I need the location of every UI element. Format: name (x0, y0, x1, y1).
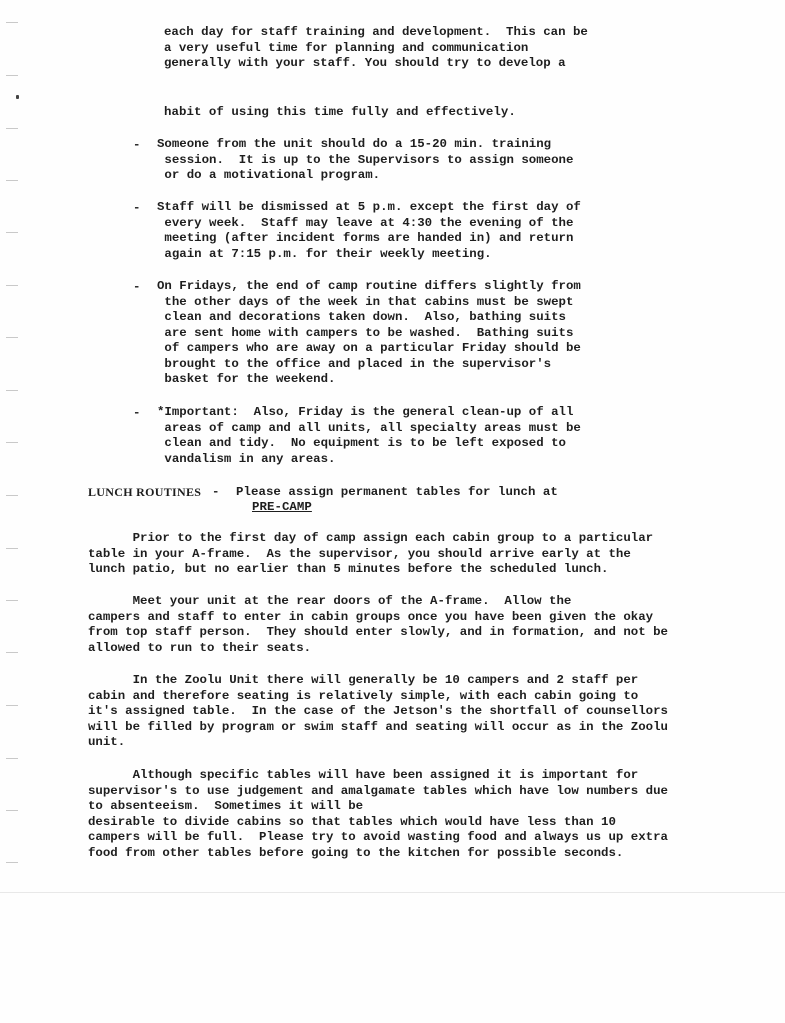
margin-mark (6, 442, 18, 443)
text-line: brought to the office and placed in the … (157, 357, 581, 373)
text-line: will be filled by program or swim staff … (88, 720, 668, 736)
section-subtitle-underlined: PRE-CAMP (252, 500, 312, 516)
text-line: generally with your staff. You should tr… (164, 56, 588, 72)
text-line: On Fridays, the end of camp routine diff… (157, 279, 581, 295)
margin-mark (6, 862, 18, 863)
text-line: allowed to run to their seats. (88, 641, 668, 657)
text-line: habit of using this time fully and effec… (164, 105, 516, 121)
text-line: again at 7:15 p.m. for their weekly meet… (157, 247, 581, 263)
body-paragraph: Prior to the first day of camp assign ea… (88, 531, 653, 578)
margin-mark (6, 758, 18, 759)
text-line: Prior to the first day of camp assign ea… (88, 531, 653, 547)
text-line: campers and staff to enter in cabin grou… (88, 610, 668, 626)
text-line: campers will be full. Please try to avoi… (88, 830, 668, 846)
bullet-dash: - (133, 406, 140, 420)
text-line: basket for the weekend. (157, 372, 581, 388)
margin-mark (6, 128, 18, 129)
scanned-page: each day for staff training and developm… (0, 0, 785, 1023)
bullet-item: On Fridays, the end of camp routine diff… (157, 279, 581, 388)
text-line: the other days of the week in that cabin… (157, 295, 581, 311)
text-line: each day for staff training and developm… (164, 25, 588, 41)
bullet-dash: - (133, 280, 140, 294)
text-line: desirable to divide cabins so that table… (88, 815, 668, 831)
hole-punch-margin-marks (6, 0, 20, 900)
margin-mark (6, 600, 18, 601)
bullet-dash: - (133, 201, 140, 215)
body-paragraph: Although specific tables will have been … (88, 768, 668, 861)
section-subtitle: Please assign permanent tables for lunch… (236, 485, 558, 501)
scan-speck (16, 95, 19, 99)
text-line: In the Zoolu Unit there will generally b… (88, 673, 668, 689)
text-line: unit. (88, 735, 668, 751)
margin-mark (6, 337, 18, 338)
text-line: session. It is up to the Supervisors to … (157, 153, 573, 169)
margin-mark (6, 705, 18, 706)
margin-mark (6, 180, 18, 181)
margin-mark (6, 652, 18, 653)
section-heading: LUNCH ROUTINES (88, 485, 201, 501)
margin-mark (6, 232, 18, 233)
text-line: Someone from the unit should do a 15-20 … (157, 137, 573, 153)
margin-mark (6, 390, 18, 391)
text-line: vandalism in any areas. (157, 452, 581, 468)
text-line: Meet your unit at the rear doors of the … (88, 594, 668, 610)
text-line: every week. Staff may leave at 4:30 the … (157, 216, 581, 232)
text-line: clean and tidy. No equipment is to be le… (157, 436, 581, 452)
margin-mark (6, 810, 18, 811)
text-line: table in your A-frame. As the supervisor… (88, 547, 653, 563)
bullet-dash: - (133, 138, 140, 152)
body-paragraph: In the Zoolu Unit there will generally b… (88, 673, 668, 751)
text-line: lunch patio, but no earlier than 5 minut… (88, 562, 653, 578)
body-paragraph: Meet your unit at the rear doors of the … (88, 594, 668, 656)
continuation-paragraph: each day for staff training and developm… (164, 25, 588, 72)
text-line: supervisor's to use judgement and amalga… (88, 784, 668, 800)
margin-mark (6, 495, 18, 496)
text-line: it's assigned table. In the case of the … (88, 704, 668, 720)
text-line: a very useful time for planning and comm… (164, 41, 588, 57)
scan-edge (0, 892, 785, 893)
text-line: clean and decorations taken down. Also, … (157, 310, 581, 326)
text-line: cabin and therefore seating is relativel… (88, 689, 668, 705)
text-line: areas of camp and all units, all special… (157, 421, 581, 437)
bullet-item: Someone from the unit should do a 15-20 … (157, 137, 573, 184)
text-line: from top staff person. They should enter… (88, 625, 668, 641)
text-line: meeting (after incident forms are handed… (157, 231, 581, 247)
margin-mark (6, 22, 18, 23)
text-line: *Important: Also, Friday is the general … (157, 405, 581, 421)
margin-mark (6, 548, 18, 549)
text-line: or do a motivational program. (157, 168, 573, 184)
text-line: are sent home with campers to be washed.… (157, 326, 581, 342)
text-line: Staff will be dismissed at 5 p.m. except… (157, 200, 581, 216)
text-line: Although specific tables will have been … (88, 768, 668, 784)
text-line: food from other tables before going to t… (88, 846, 668, 862)
margin-mark (6, 285, 18, 286)
bullet-item: *Important: Also, Friday is the general … (157, 405, 581, 467)
text-line: of campers who are away on a particular … (157, 341, 581, 357)
heading-separator: - (212, 485, 220, 501)
margin-mark (6, 75, 18, 76)
bullet-item: Staff will be dismissed at 5 p.m. except… (157, 200, 581, 262)
text-line: to absenteeism. Sometimes it will be (88, 799, 668, 815)
